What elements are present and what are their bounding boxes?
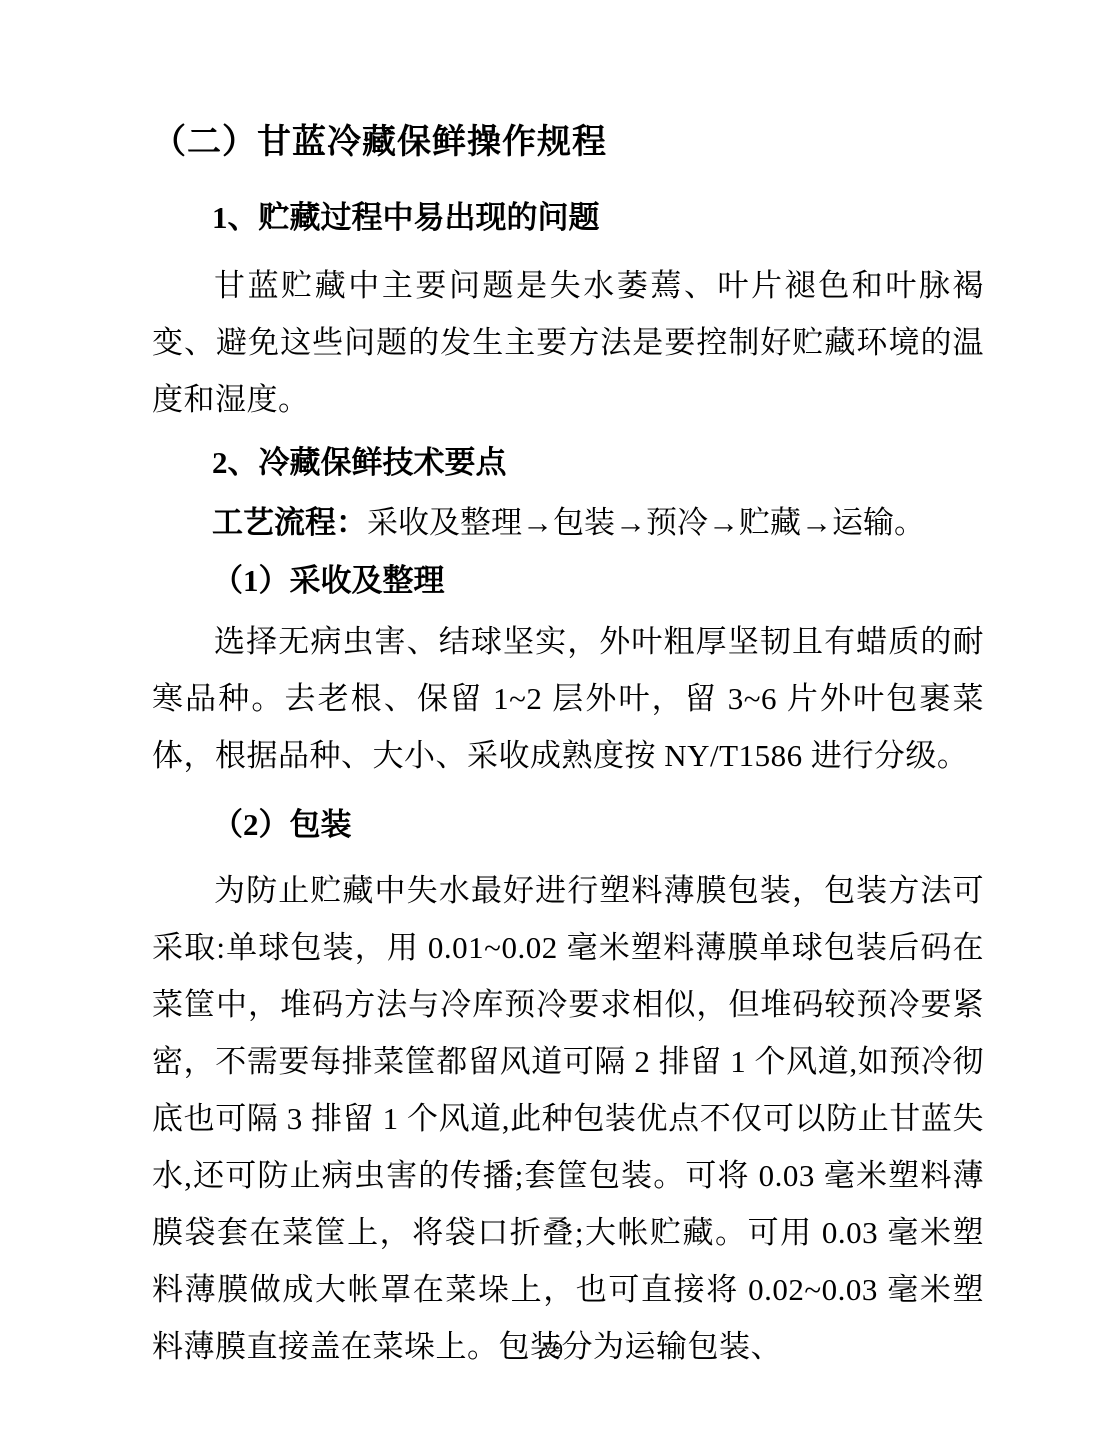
process-flow-text: 采收及整理→包装→预冷→贮藏→运输。 <box>367 505 925 540</box>
page-title: （二）甘蓝冷藏保鲜操作规程 <box>152 119 984 165</box>
document-page: （二）甘蓝冷藏保鲜操作规程 1、贮藏过程中易出现的问题 甘蓝贮藏中主要问题是失水… <box>0 0 1105 1430</box>
section-1-paragraph: 甘蓝贮藏中主要问题是失水萎蔫、叶片褪色和叶脉褐变、避免这些问题的发生主要方法是要… <box>152 257 984 428</box>
section-2-heading: 2、冷藏保鲜技术要点 <box>152 434 984 491</box>
process-flow-label: 工艺流程： <box>212 505 367 540</box>
process-flow: 工艺流程：采收及整理→包装→预冷→贮藏→运输。 <box>152 494 984 551</box>
subsection-2-paragraph: 为防止贮藏中失水最好进行塑料薄膜包装，包装方法可采取:单球包装，用 0.01~0… <box>152 862 984 1375</box>
subsection-1-heading: （1）采收及整理 <box>152 552 984 609</box>
subsection-2-heading: （2）包装 <box>152 796 984 853</box>
document-content: （二）甘蓝冷藏保鲜操作规程 1、贮藏过程中易出现的问题 甘蓝贮藏中主要问题是失水… <box>152 0 984 1375</box>
subsection-1-paragraph: 选择无病虫害、结球坚实，外叶粗厚坚韧且有蜡质的耐寒品种。去老根、保留 1~2 层… <box>152 613 984 784</box>
page-number: 79 <box>0 1336 1105 1364</box>
section-1-heading: 1、贮藏过程中易出现的问题 <box>152 189 984 246</box>
